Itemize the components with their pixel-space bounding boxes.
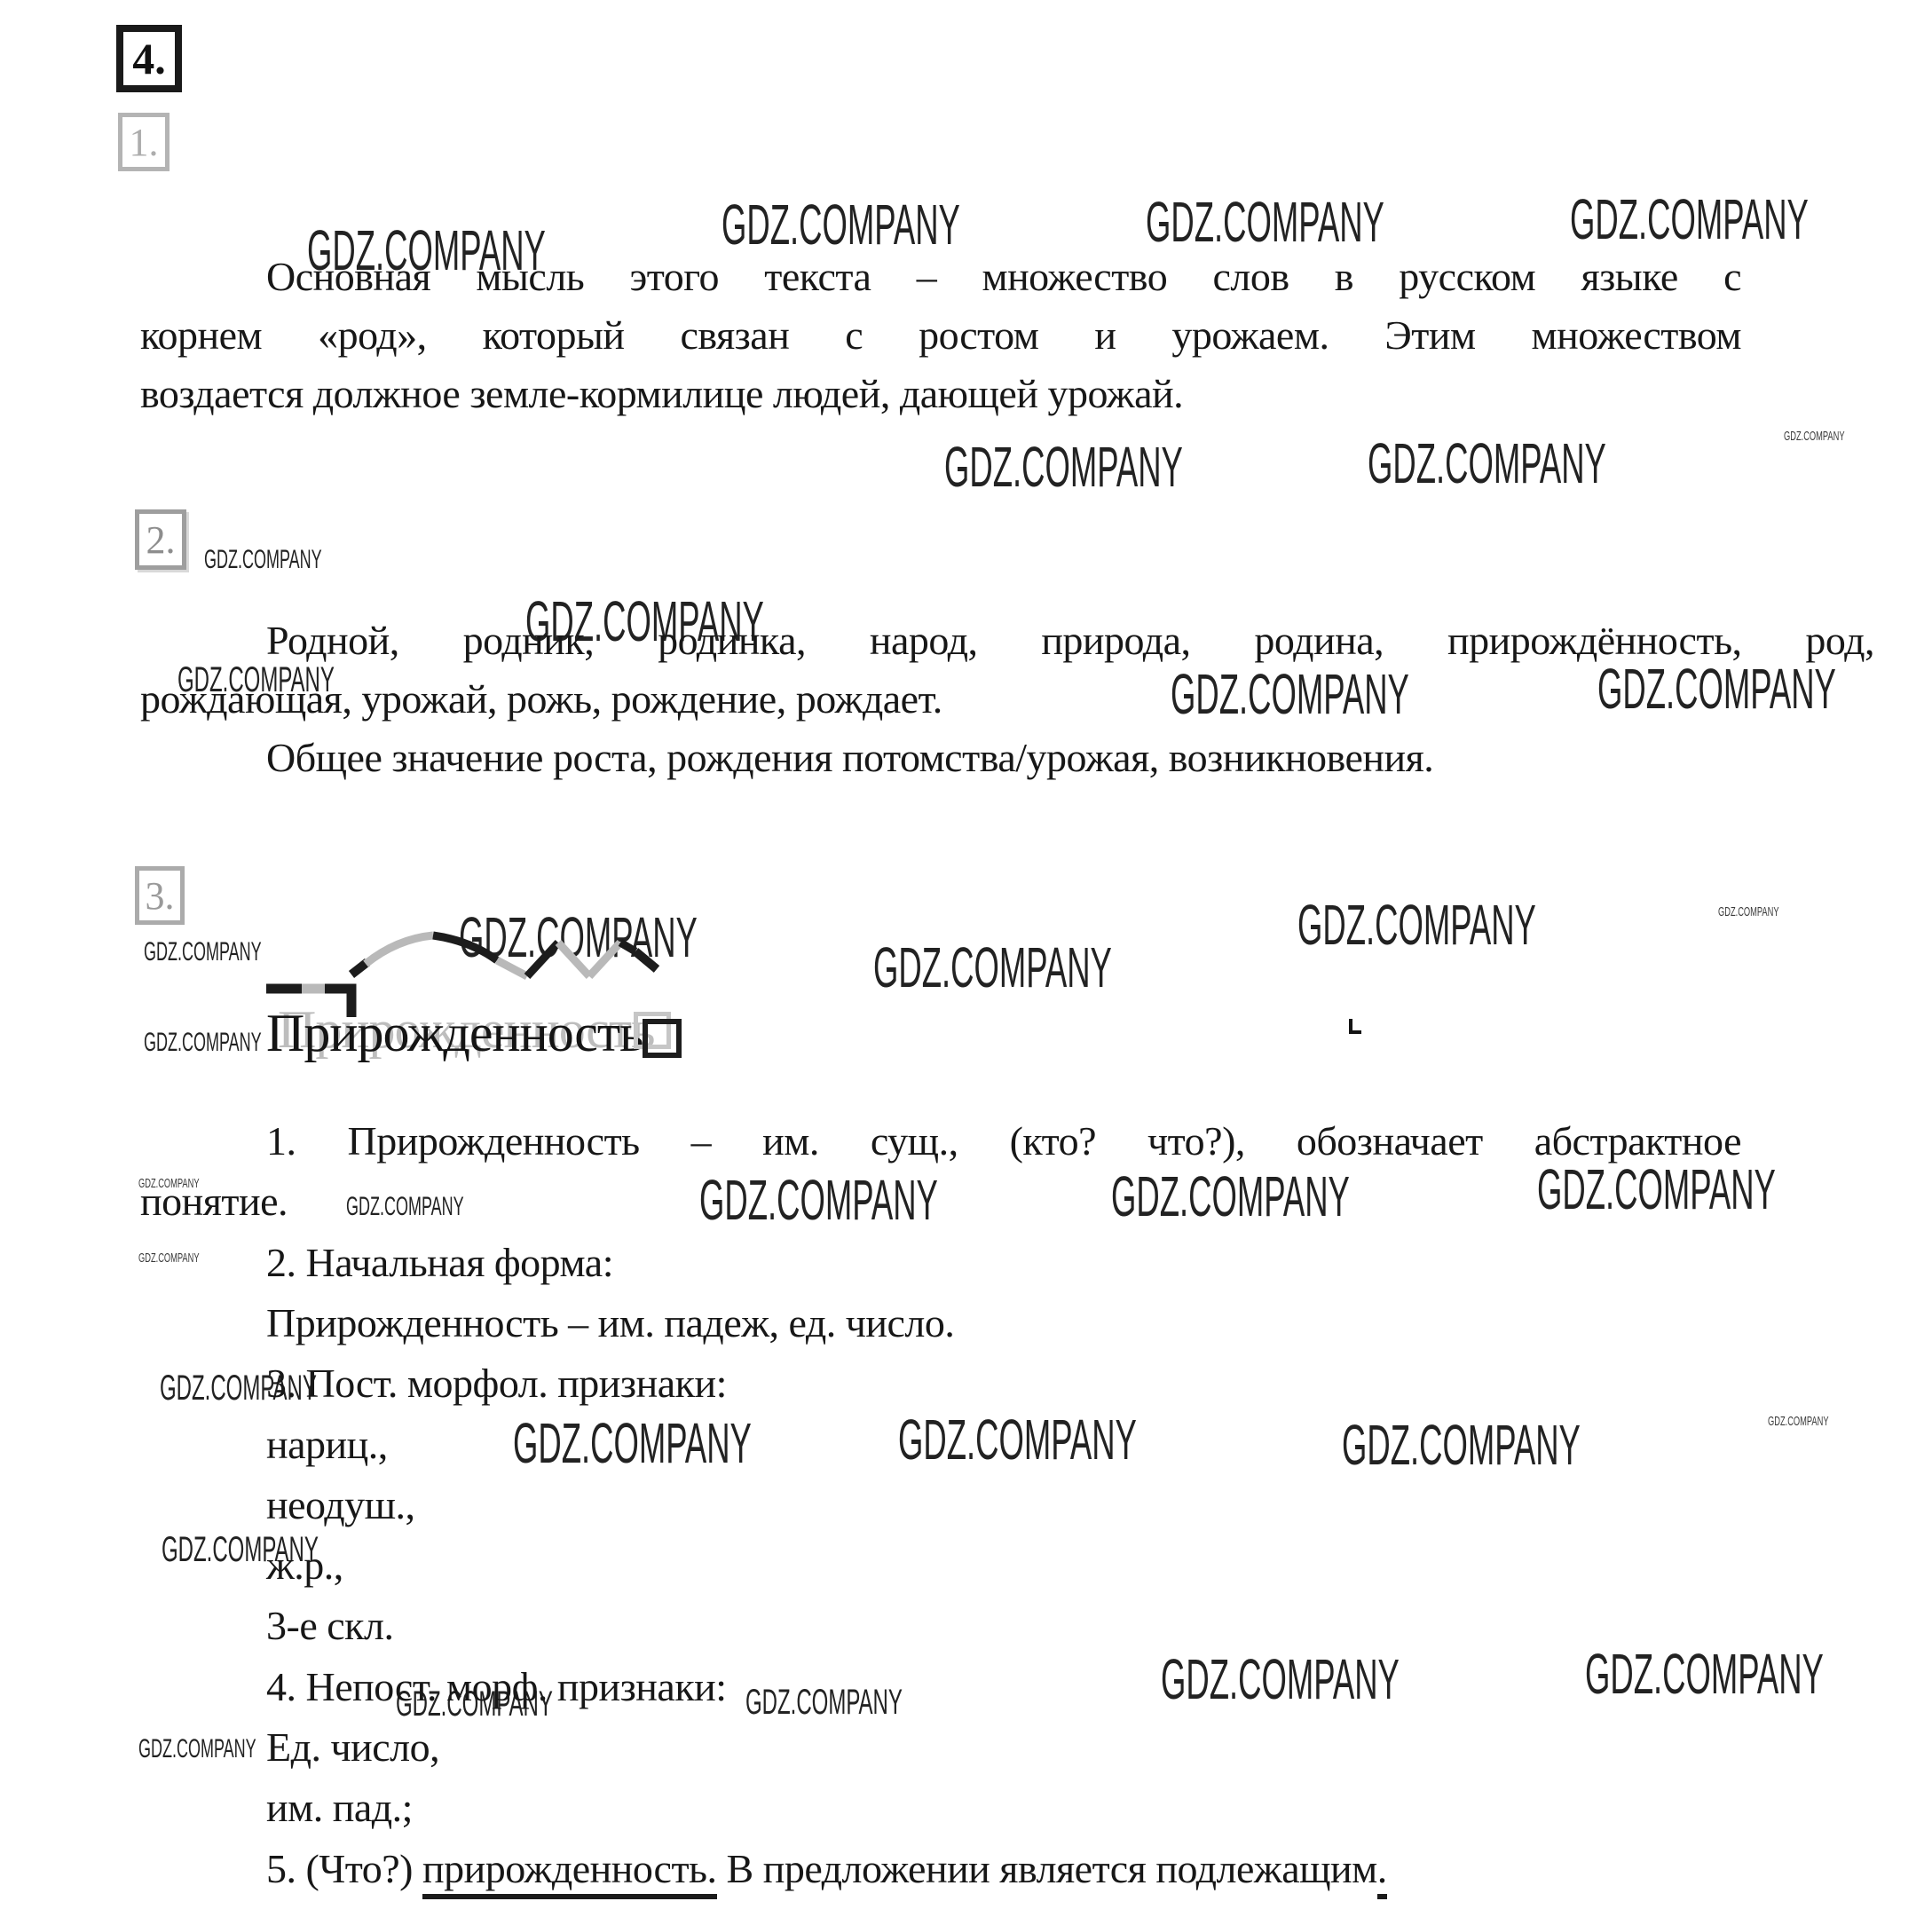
text-line: Ед. число,: [266, 1723, 439, 1772]
watermark-text: GDZ.COMPANY: [1718, 905, 1779, 919]
text-segment: рождающая, урожай, рожь, рождение, рожда…: [140, 676, 942, 722]
subtask-badge-1: 1.: [118, 113, 170, 171]
watermark-text: GDZ.COMPANY: [1784, 430, 1845, 443]
text-line: 3. Пост. морфол. признаки:: [266, 1359, 727, 1408]
text-segment: воздается должное земле-кормилице людей,…: [140, 371, 1183, 416]
text-segment: им. пад.;: [266, 1785, 413, 1830]
text-line: Прирожденность – им. падеж, ед. число.: [266, 1298, 954, 1348]
watermark-text: GDZ.COMPANY: [1111, 1168, 1350, 1225]
text-segment: корнем «род», который связан с ростом и …: [140, 312, 1741, 358]
watermark-text: GDZ.COMPANY: [1768, 1415, 1829, 1428]
text-line: нариц.,: [266, 1420, 388, 1470]
text-segment: неодуш.,: [266, 1482, 415, 1527]
text-segment: 4. Непост. морф. признаки:: [266, 1664, 727, 1709]
underlined-text: .: [1377, 1846, 1387, 1899]
text-segment: В предложении является подлежащим: [717, 1846, 1377, 1891]
watermark-text: GDZ.COMPANY: [1537, 1161, 1776, 1218]
text-segment: Родной, родник, родинка, народ, природа,…: [266, 618, 1874, 663]
text-line: неодуш.,: [266, 1480, 415, 1530]
watermark-text: GDZ.COMPANY: [346, 1194, 464, 1220]
watermark-text: GDZ.COMPANY: [1597, 660, 1836, 717]
text-line: воздается должное земле-кормилице людей,…: [140, 369, 1183, 419]
text-segment: нариц.,: [266, 1422, 388, 1467]
text-segment: 1. Прирожденность – им. сущ., (кто? что?…: [266, 1118, 1741, 1164]
prefix-bracket-icon: [263, 980, 365, 1020]
watermark-text: GDZ.COMPANY: [144, 1030, 262, 1056]
text-segment: 2. Начальная форма:: [266, 1240, 613, 1285]
watermark-text: GDZ.COMPANY: [1161, 1651, 1400, 1708]
text-line: 5. (Что?) прирожденность. В предложении …: [266, 1844, 1387, 1894]
stray-mark-icon: [1349, 1019, 1361, 1034]
subtask-badge-3: 3.: [135, 866, 185, 925]
text-line: им. пад.;: [266, 1783, 413, 1833]
text-line: корнем «род», который связан с ростом и …: [140, 311, 1741, 360]
watermark-text: GDZ.COMPANY: [1342, 1416, 1581, 1473]
subtask-badge-2: 2.: [135, 509, 186, 570]
watermark-text: GDZ.COMPANY: [745, 1684, 903, 1720]
watermark-text: GDZ.COMPANY: [1297, 896, 1536, 953]
root-arc-and-suffix-zigzag-icon: [348, 928, 667, 982]
text-line: Общее значение роста, рождения потомства…: [266, 733, 1433, 783]
text-line: 3-е скл.: [266, 1601, 393, 1651]
text-line: Родной, родник, родинка, народ, природа,…: [266, 616, 1874, 666]
task-number-badge: 4.: [116, 25, 182, 92]
text-segment: понятие.: [140, 1179, 288, 1224]
watermark-text: GDZ.COMPANY: [513, 1415, 752, 1471]
watermark-text: GDZ.COMPANY: [1570, 191, 1809, 248]
watermark-text: GDZ.COMPANY: [138, 1251, 200, 1265]
watermark-text: GDZ.COMPANY: [204, 547, 322, 573]
watermark-text: GDZ.COMPANY: [1146, 193, 1384, 250]
text-line: Основная мысль этого текста – множество …: [266, 252, 1741, 302]
watermark-text: GDZ.COMPANY: [873, 939, 1112, 996]
zero-ending-box-icon: [643, 1019, 682, 1058]
watermark-text: GDZ.COMPANY: [898, 1411, 1137, 1468]
text-segment: Ед. число,: [266, 1724, 439, 1770]
text-line: 2. Начальная форма:: [266, 1238, 613, 1288]
watermark-text: GDZ.COMPANY: [144, 939, 262, 966]
text-segment: Общее значение роста, рождения потомства…: [266, 735, 1433, 780]
text-line: 4. Непост. морф. признаки:: [266, 1662, 727, 1712]
text-line: понятие.: [140, 1177, 288, 1227]
watermark-text: GDZ.COMPANY: [1171, 666, 1409, 722]
text-line: рождающая, урожай, рожь, рождение, рожда…: [140, 675, 942, 724]
text-line: 1. Прирожденность – им. сущ., (кто? что?…: [266, 1116, 1741, 1166]
document-page: { "task_badge": { "label": "4." }, "sub_…: [0, 0, 1932, 1925]
watermark-text: GDZ.COMPANY: [138, 1736, 256, 1763]
text-segment: 3. Пост. морфол. признаки:: [266, 1361, 727, 1406]
watermark-text: GDZ.COMPANY: [944, 438, 1183, 495]
watermark-text: GDZ.COMPANY: [699, 1172, 938, 1228]
text-line: ж.р.,: [266, 1541, 343, 1590]
text-segment: 5. (Что?): [266, 1846, 422, 1891]
watermark-text: GDZ.COMPANY: [1585, 1645, 1824, 1702]
text-segment: Основная мысль этого текста – множество …: [266, 254, 1741, 299]
text-segment: Прирожденность – им. падеж, ед. число.: [266, 1300, 954, 1345]
text-segment: 3-е скл.: [266, 1603, 393, 1648]
watermark-text: GDZ.COMPANY: [722, 196, 960, 253]
watermark-text: GDZ.COMPANY: [1368, 435, 1606, 492]
text-segment: ж.р.,: [266, 1542, 343, 1588]
underlined-text: прирожденность.: [422, 1846, 717, 1899]
